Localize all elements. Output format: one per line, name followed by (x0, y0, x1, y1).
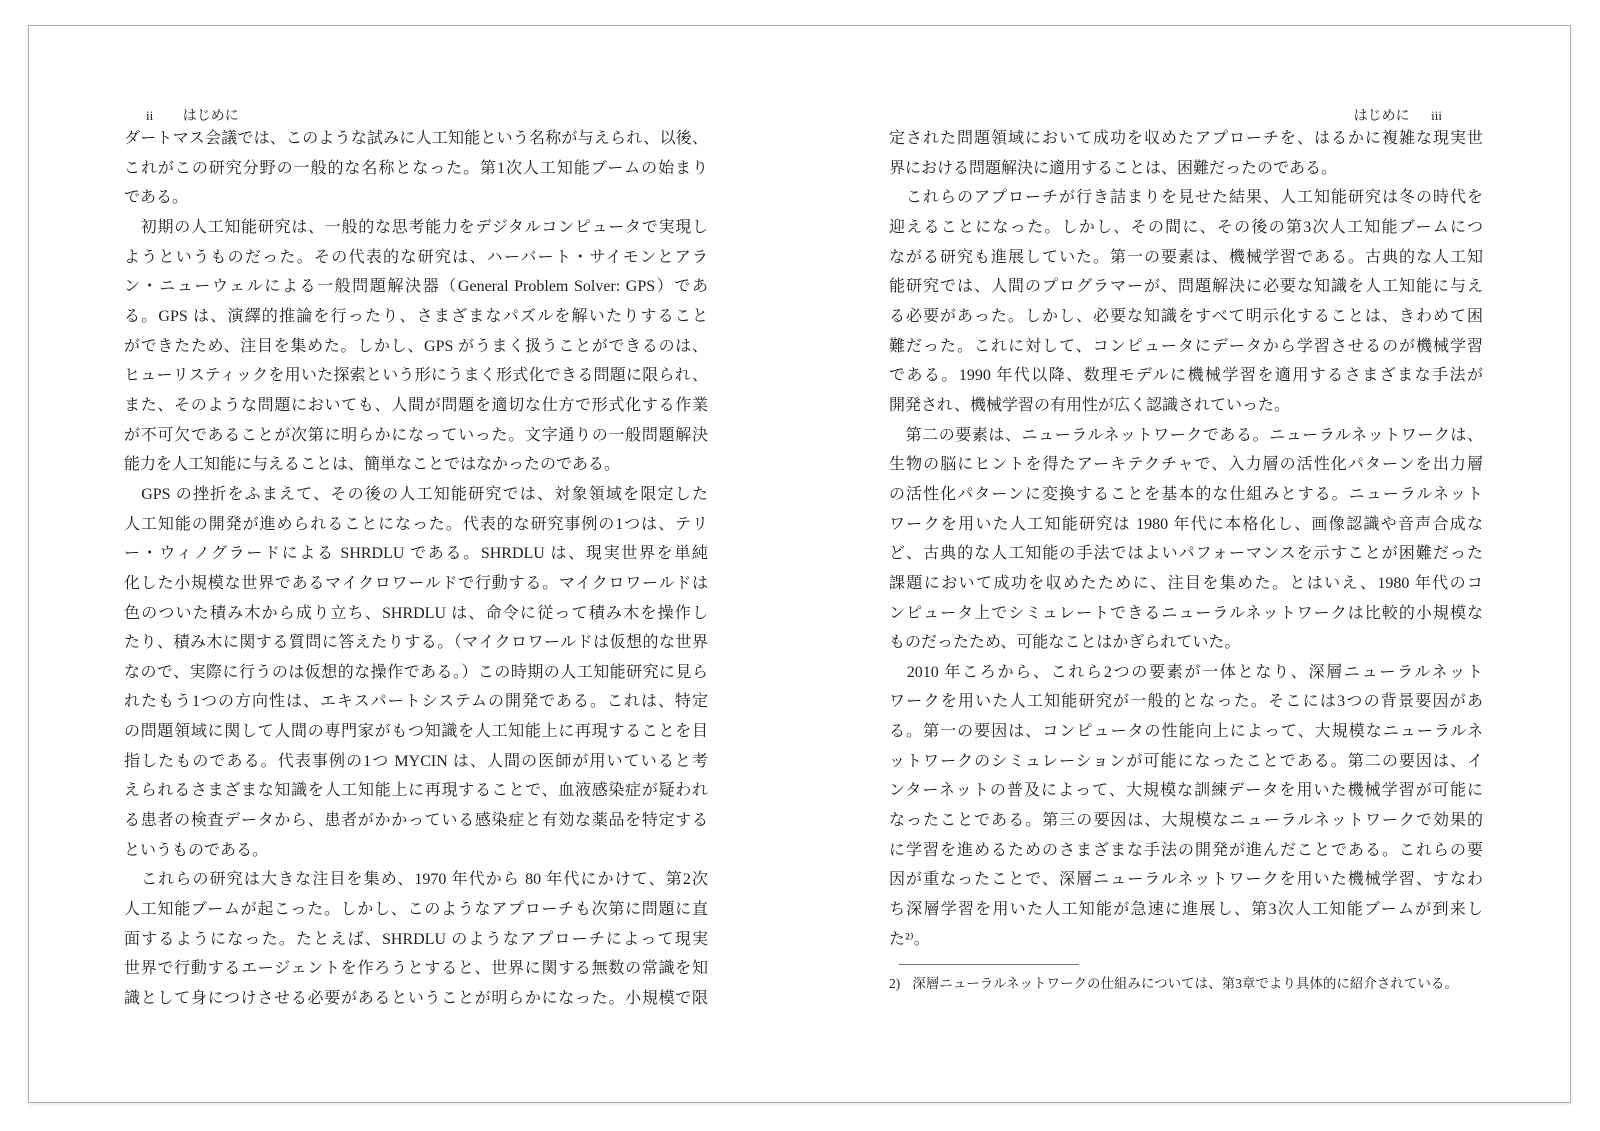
text-line: に学習を進めるためのさまざまな手法の開発が進んだことである。これらの要 (889, 836, 1483, 866)
text-line: ットワークのシミュレーションが可能になったことである。第二の要因は、イ (889, 747, 1483, 777)
book-scan-canvas: ii はじめに はじめに iii ダートマス会議では、このような試みに人工知能と… (0, 0, 1600, 1131)
text-line: 指したものである。代表事例の1つ MYCIN は、人間の医師が用いていると考 (124, 747, 708, 777)
text-line: ものだったため、可能なことはかぎられていた。 (889, 628, 1483, 658)
text-line: 初期の人工知能研究は、一般的な思考能力をデジタルコンピュータで実現し (124, 213, 708, 243)
text-line: これらのアプローチが行き詰まりを見せた結果、人工知能研究は冬の時代を (889, 183, 1483, 213)
text-line: る。GPS は、演繹的推論を行ったり、さまざまなパズルを解いたりすること (124, 302, 708, 332)
text-line: 識として身につけさせる必要があるということが明らかになった。小規模で限 (124, 984, 708, 1014)
text-line: 色のついた積み木から成り立ち、SHRDLU は、命令に従って積み木を操作し (124, 599, 708, 629)
text-line: なので、実際に行うのは仮想的な操作である。）この時期の人工知能研究に見ら (124, 658, 708, 688)
text-line: 世界で行動するエージェントを作ろうとすると、世界に関する無数の常識を知 (124, 954, 708, 984)
text-line: ワークを用いた人工知能研究は 1980 年代に本格化し、画像認識や音声合成な (889, 510, 1483, 540)
text-line: ー・ウィノグラードによる SHRDLU である。SHRDLU は、現実世界を単純 (124, 539, 708, 569)
text-line: たり、積み木に関する質問に答えたりする。（マイクロワールドは仮想的な世界 (124, 628, 708, 658)
text-line: 人工知能ブームが起こった。しかし、このようなアプローチも次第に問題に直 (124, 895, 708, 925)
left-page-body: ダートマス会議では、このような試みに人工知能という名称が与えられ、以後、これがこ… (124, 124, 708, 1014)
text-line: た²⁾。 (889, 925, 1483, 955)
text-line: である。1990 年代以降、数理モデルに機械学習を適用するさまざまな手法が (889, 361, 1483, 391)
text-line: る。第一の要因は、コンピュータの性能向上によって、大規模なニューラルネ (889, 717, 1483, 747)
text-line: ようというものだった。その代表的な研究は、ハーバート・サイモンとアラ (124, 243, 708, 273)
text-line: 迎えることになった。しかし、その間に、その後の第3次人工知能ブームにつ (889, 213, 1483, 243)
text-line: また、そのような問題においても、人間が問題を適切な仕方で形式化する作業 (124, 391, 708, 421)
footnote-separator-rule (899, 964, 1079, 965)
text-line: れたもう1つの方向性は、エキスパートシステムの開発である。これは、特定 (124, 687, 708, 717)
text-line: 人工知能の開発が進められることになった。代表的な研究事例の1つは、テリ (124, 510, 708, 540)
footnote-text: 深層ニューラルネットワークの仕組みについては、第3章でより具体的に紹介されている… (912, 976, 1458, 991)
text-line: ンターネットの普及によって、大規模な訓練データを用いた機械学習が可能に (889, 776, 1483, 806)
text-line: 化した小規模な世界であるマイクロワールドで行動する。マイクロワールドは (124, 569, 708, 599)
text-line: ができたため、注目を集めた。しかし、GPS がうまく扱うことができるのは、 (124, 332, 708, 362)
right-running-title: はじめに (1354, 109, 1410, 124)
right-page-body: 定された問題領域において成功を収めたアプローチを、はるかに複雑な現実世界における… (889, 124, 1483, 954)
text-line: である。 (124, 183, 708, 213)
text-line: の活性化パターンに変換することを基本的な仕組みとする。ニューラルネット (889, 480, 1483, 510)
text-line: 2010 年ころから、これら2つの要素が一体となり、深層ニューラルネット (889, 658, 1483, 688)
left-running-head: ii はじめに (146, 105, 239, 125)
text-line: 難だった。これに対して、コンピュータにデータから学習させるのが機械学習 (889, 332, 1483, 362)
text-line: 能力を人工知能に与えることは、簡単なことではなかったのである。 (124, 450, 708, 480)
text-line: 第二の要素は、ニューラルネットワークである。ニューラルネットワークは、 (889, 421, 1483, 451)
text-line: ワークを用いた人工知能研究が一般的となった。そこには3つの背景要因があ (889, 687, 1483, 717)
text-line: る必要があった。しかし、必要な知識をすべて明示化することは、きわめて困 (889, 302, 1483, 332)
text-line: ながる研究も進展していた。第一の要素は、機械学習である。古典的な人工知 (889, 243, 1483, 273)
text-line: 界における問題解決に適用することは、困難だったのである。 (889, 154, 1483, 184)
text-line: 定された問題領域において成功を収めたアプローチを、はるかに複雑な現実世 (889, 124, 1483, 154)
text-line: ど、古典的な人工知能の手法ではよいパフォーマンスを示すことが困難だった (889, 539, 1483, 569)
left-page-number: ii (146, 108, 153, 123)
text-line: えられるさまざまな知識を人工知能上に再現することで、血液感染症が疑われ (124, 776, 708, 806)
right-page-number: iii (1431, 108, 1442, 123)
text-line: というものである。 (124, 836, 708, 866)
text-line: 開発され、機械学習の有用性が広く認識されていった。 (889, 391, 1483, 421)
text-line: ち深層学習を用いた人工知能が急速に進展し、第3次人工知能ブームが到来し (889, 895, 1483, 925)
left-running-title: はじめに (183, 109, 239, 124)
text-line: ヒューリスティックを用いた探索という形にうまく形式化できる問題に限られ、 (124, 361, 708, 391)
text-line: 課題において成功を収めたために、注目を集めた。とはいえ、1980 年代のコ (889, 569, 1483, 599)
text-line: 生物の脳にヒントを得たアーキテクチャで、入力層の活性化パターンを出力層 (889, 450, 1483, 480)
text-line: の問題領域に関して人間の専門家がもつ知識を人工知能上に再現することを目 (124, 717, 708, 747)
text-line: ン・ニューウェルによる一般問題解決器（General Problem Solve… (124, 272, 708, 302)
text-line: 能研究では、人間のプログラマーが、問題解決に必要な知識を人工知能に与え (889, 272, 1483, 302)
text-line: なったことである。第三の要因は、大規模なニューラルネットワークで効果的 (889, 806, 1483, 836)
text-line: 面するようになった。たとえば、SHRDLU のようなアプローチによって現実 (124, 925, 708, 955)
text-line: ンピュータ上でシミュレートできるニューラルネットワークは比較的小規模な (889, 599, 1483, 629)
footnote: 2)深層ニューラルネットワークの仕組みについては、第3章でより具体的に紹介されて… (889, 974, 1483, 994)
footnote-area: 2)深層ニューラルネットワークの仕組みについては、第3章でより具体的に紹介されて… (889, 964, 1483, 994)
text-line: これらの研究は大きな注目を集め、1970 年代から 80 年代にかけて、第2次 (124, 865, 708, 895)
text-line: これがこの研究分野の一般的な名称となった。第1次人工知能ブームの始まり (124, 154, 708, 184)
text-line: GPS の挫折をふまえて、その後の人工知能研究では、対象領域を限定した (124, 480, 708, 510)
footnote-marker: 2) (889, 976, 900, 991)
text-line: る患者の検査データから、患者がかかっている感染症と有効な薬品を特定する (124, 806, 708, 836)
text-line: が不可欠であることが次第に明らかになっていった。文字通りの一般問題解決 (124, 421, 708, 451)
text-line: 因が重なったことで、深層ニューラルネットワークを用いた機械学習、すなわ (889, 865, 1483, 895)
right-running-head: はじめに iii (1354, 105, 1442, 125)
book-spread-sheet: ii はじめに はじめに iii ダートマス会議では、このような試みに人工知能と… (28, 25, 1571, 1103)
text-line: ダートマス会議では、このような試みに人工知能という名称が与えられ、以後、 (124, 124, 708, 154)
